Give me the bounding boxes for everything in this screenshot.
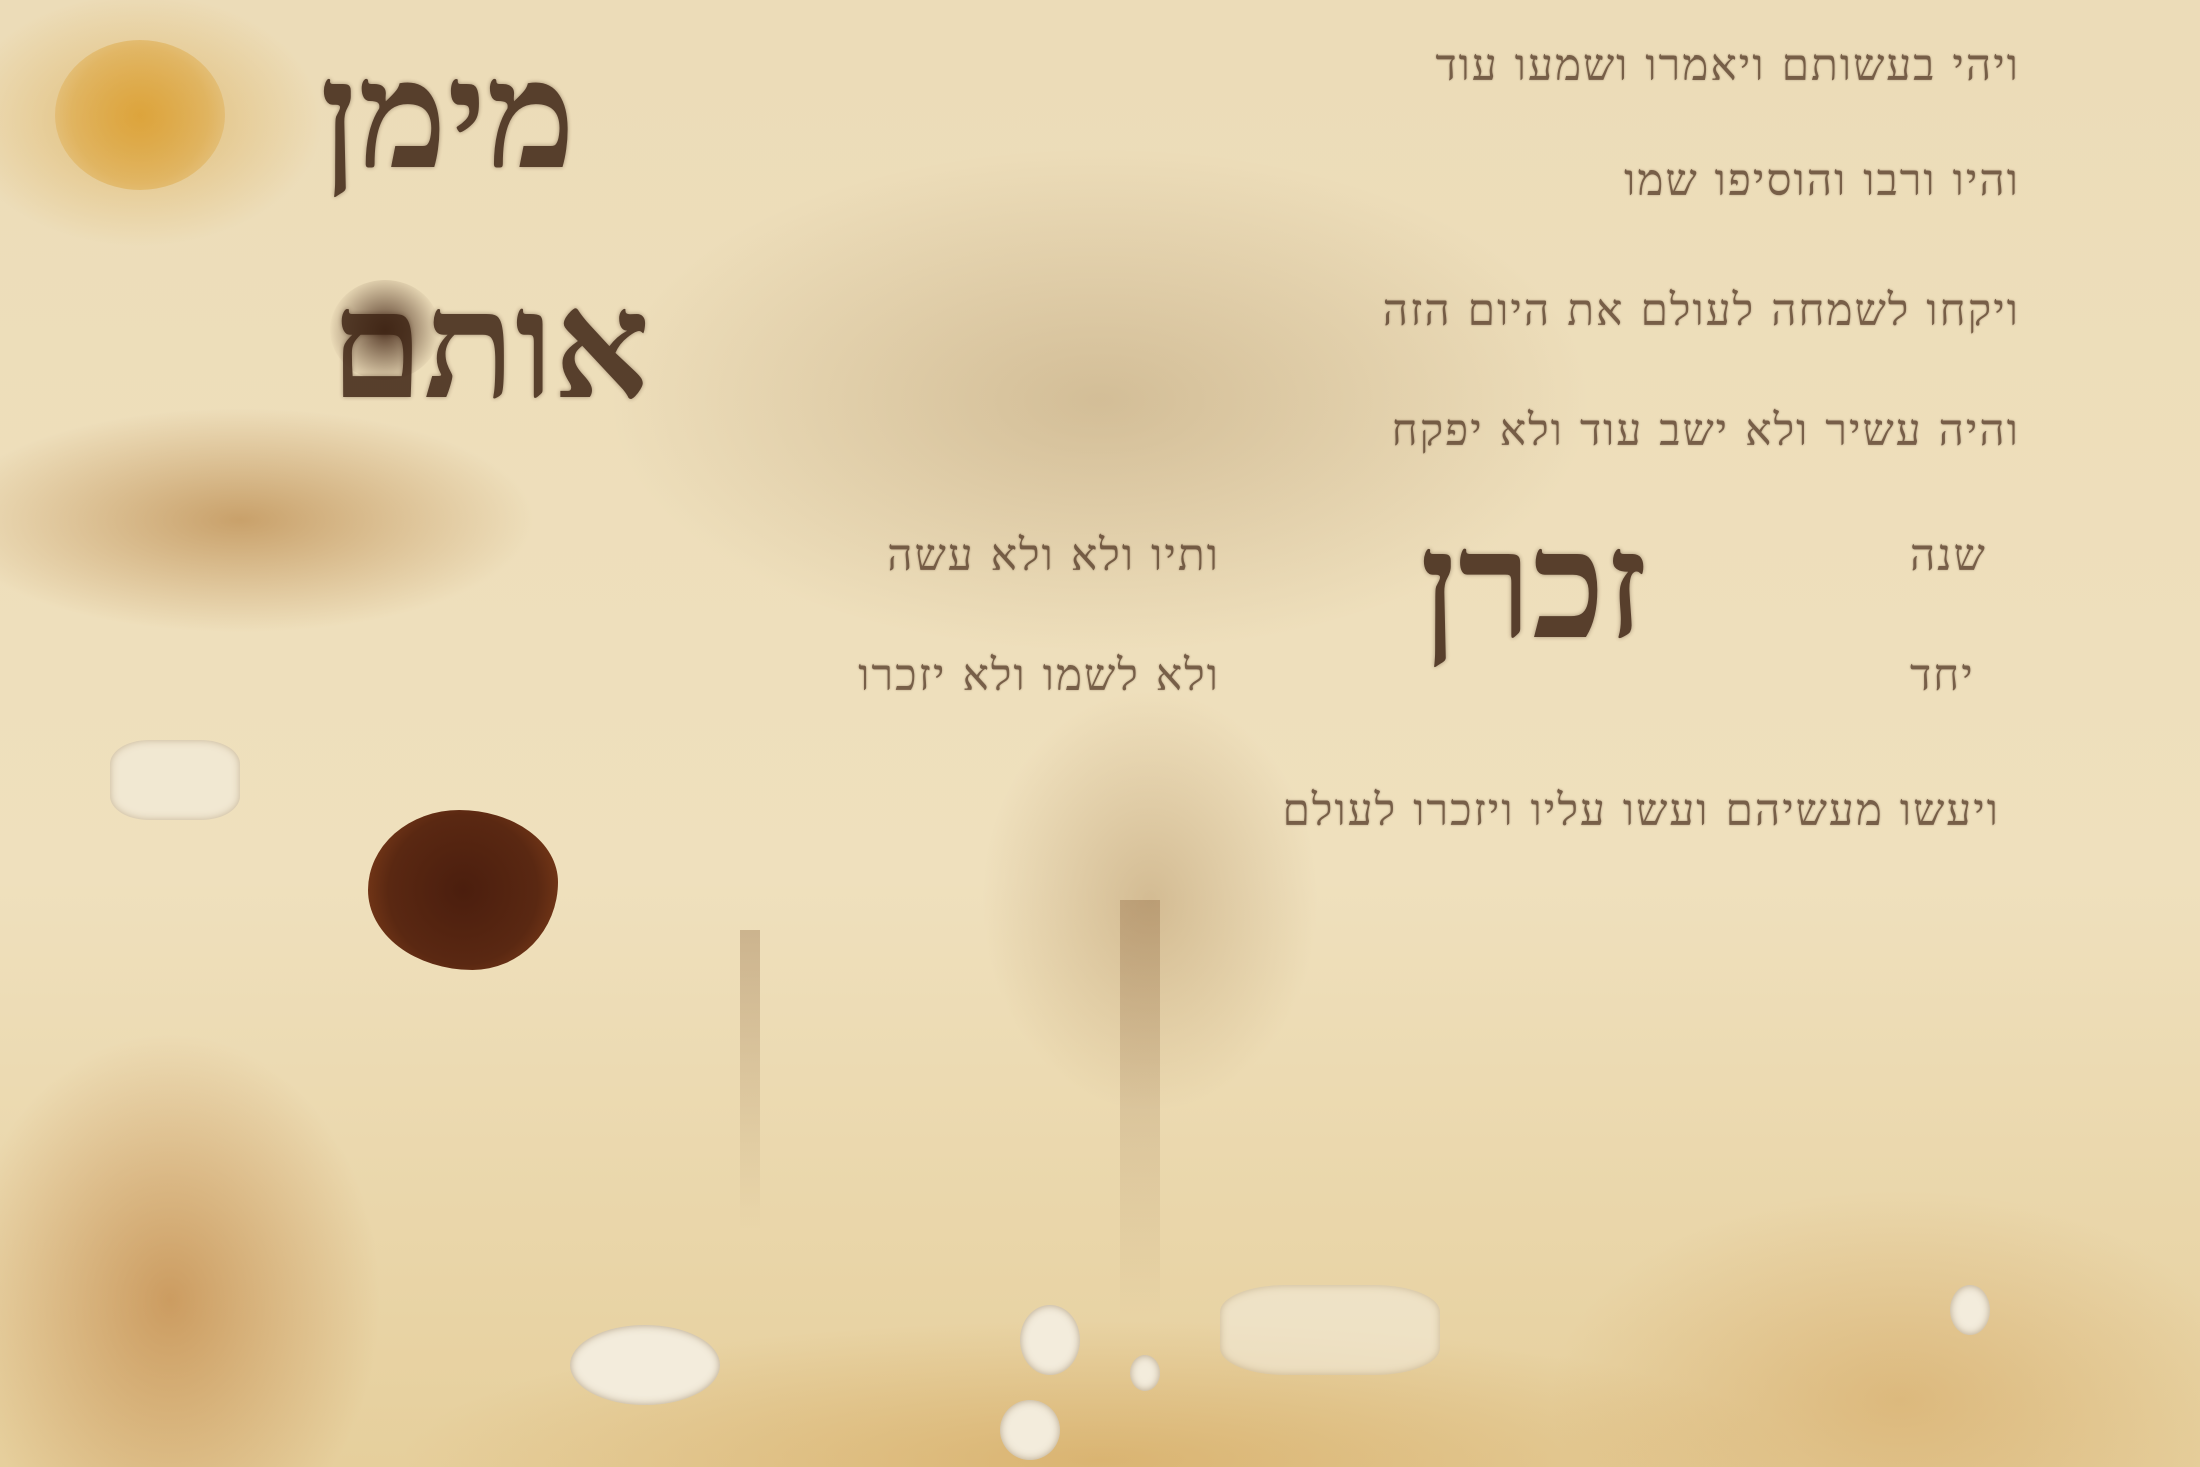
display-word: אותם — [330, 270, 650, 420]
water-drip — [740, 930, 760, 1230]
parchment-hole — [1130, 1355, 1160, 1391]
text-line: ולא לשמו ולא יזכרו — [858, 650, 1220, 701]
parchment-hole — [570, 1325, 720, 1405]
abrasion — [110, 740, 240, 820]
margin-word: שנה — [1910, 530, 1987, 581]
text-line: ויעשו מעשיהם ועשו עליו ויזכרו לעולם — [1282, 785, 2000, 836]
dark-stain — [368, 810, 558, 970]
parchment-page: מימן אותם זכרן ויהי בעשותם ויאמרו ושמעו … — [0, 0, 2200, 1467]
text-line: ויקחו לשמחה לעולם את היום הזה — [1383, 285, 2020, 336]
parchment-hole — [1000, 1400, 1060, 1460]
text-line: והיה עשיר ולא ישב עוד ולא יפקח — [1392, 405, 2020, 456]
display-word: זכרן — [1420, 510, 1647, 660]
abrasion — [1220, 1285, 1440, 1375]
water-drip — [1120, 900, 1160, 1320]
parchment-hole — [1020, 1305, 1080, 1375]
text-line: והיו ורבו והוסיפו שמו — [1624, 155, 2020, 206]
text-line: ותיו ולא ולא עשה — [887, 530, 1220, 581]
display-word: מימן — [320, 40, 575, 190]
orange-stain — [55, 40, 225, 190]
text-line: ויהי בעשותם ויאמרו ושמעו עוד — [1435, 40, 2020, 91]
parchment-hole — [1950, 1285, 1990, 1335]
margin-word: יחד — [1910, 650, 1975, 701]
